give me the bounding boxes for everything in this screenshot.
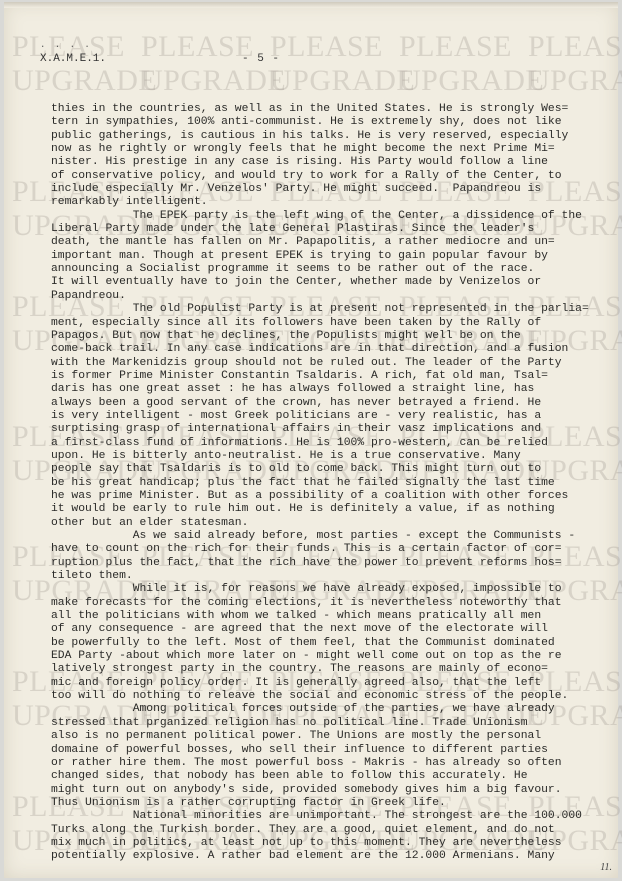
text-line: people say that Tsaldaris is to old to c… xyxy=(51,463,611,476)
text-line: changed sides, that nobody has been able… xyxy=(51,770,611,783)
text-line: National minorities are unimportant. The… xyxy=(51,810,611,823)
text-line: Turks along the Turkish border. They are… xyxy=(51,824,611,837)
text-line: of any consequence - are agreed that the… xyxy=(51,623,611,636)
text-line: important man. Though at present EPEK is… xyxy=(51,250,611,263)
text-line: announcing a Socialist programme it seem… xyxy=(51,263,611,276)
text-line: other but an elder statesman. xyxy=(51,517,611,530)
text-line: The old Populist Party is at present not… xyxy=(51,303,611,316)
text-line: include especially Mr. Venzelos' Party. … xyxy=(51,183,611,196)
text-line: stressed that prganized religion has no … xyxy=(51,717,611,730)
text-line: mix much in politics, at least not up to… xyxy=(51,837,611,850)
text-line: daris has one great asset : he has alway… xyxy=(51,383,611,396)
text-line: Liberal Party made under the late Genera… xyxy=(51,223,611,236)
text-line: now as he rightly or wrongly feels that … xyxy=(51,143,611,156)
text-line: come-back trail. In any case indications… xyxy=(51,343,611,356)
text-line: also is no permanent political power. Th… xyxy=(51,730,611,743)
continuation-mark: 11. xyxy=(600,862,612,873)
page-number: - 5 - xyxy=(242,53,280,65)
text-line: too will do nothing to releave the socia… xyxy=(51,690,611,703)
text-line: Thus Unionism is a rather corrupting fac… xyxy=(51,797,611,810)
text-line: ment, especially since all its followers… xyxy=(51,317,611,330)
text-line: it would be early to rule him out. He is… xyxy=(51,503,611,516)
text-line: latively strongest party in the country.… xyxy=(51,663,611,676)
text-line: Papandreou. xyxy=(51,290,611,303)
text-line: a first-class fund of informations. He i… xyxy=(51,437,611,450)
text-line: or rather hire them. The most powerful b… xyxy=(51,757,611,770)
text-line: death, the mantle has fallen on Mr. Papa… xyxy=(51,236,611,249)
text-line: tern in sympathies, 100% anti-communist.… xyxy=(51,116,611,129)
text-line: all the politicians with whom we talked … xyxy=(51,610,611,623)
top-marks: . . . . xyxy=(40,40,92,50)
text-line: always been a good servant of the crown,… xyxy=(51,397,611,410)
text-line: upon. He is bitterly anto-neutralist. He… xyxy=(51,450,611,463)
body-text: thies in the countries, as well as in th… xyxy=(51,103,611,864)
text-line: domaine of powerful bosses, who sell the… xyxy=(51,744,611,757)
text-line: Among political forces outside of the pa… xyxy=(51,703,611,716)
text-line: ruption plus the fact, that the rich hav… xyxy=(51,557,611,570)
text-line: As we said already before, most parties … xyxy=(51,530,611,543)
text-line: might turn out on anybody's side, provid… xyxy=(51,784,611,797)
document-reference: X.A.M.E.1. xyxy=(40,53,106,65)
text-line: thies in the countries, as well as in th… xyxy=(51,103,611,116)
scan-edge xyxy=(4,2,618,8)
text-line: potentially explosive. A rather bad elem… xyxy=(51,850,611,863)
text-line: nister. His prestige in any case is risi… xyxy=(51,156,611,169)
text-line: public gatherings, is cautious in his ta… xyxy=(51,130,611,143)
text-line: While it is, for reasons we have already… xyxy=(51,583,611,596)
text-line: EDA Party -about which more later on - m… xyxy=(51,650,611,663)
text-line: mic and foreign policy order. It is gene… xyxy=(51,677,611,690)
text-line: tileto them. xyxy=(51,570,611,583)
text-line: of conservative policy, and would try to… xyxy=(51,170,611,183)
text-line: have to count on the rich for their fund… xyxy=(51,543,611,556)
text-line: be his great handicap; plus the fact tha… xyxy=(51,477,611,490)
text-line: make forecasts for the coming elections,… xyxy=(51,597,611,610)
text-line: The EPEK party is the left wing of the C… xyxy=(51,210,611,223)
text-line: be powerfully to the left. Most of them … xyxy=(51,637,611,650)
text-line: is very intelligent - most Greek politic… xyxy=(51,410,611,423)
text-line: It will eventually have to join the Cent… xyxy=(51,276,611,289)
text-line: surptising grasp of international affair… xyxy=(51,423,611,436)
text-line: with the Markenidzis group should not be… xyxy=(51,357,611,370)
text-line: Papagos. But now that he declines, the P… xyxy=(51,330,611,343)
text-line: he was prime Minister. But as a possibil… xyxy=(51,490,611,503)
text-line: is former Prime Minister Constantin Tsal… xyxy=(51,370,611,383)
text-line: remarkably intelligent. xyxy=(51,196,611,209)
